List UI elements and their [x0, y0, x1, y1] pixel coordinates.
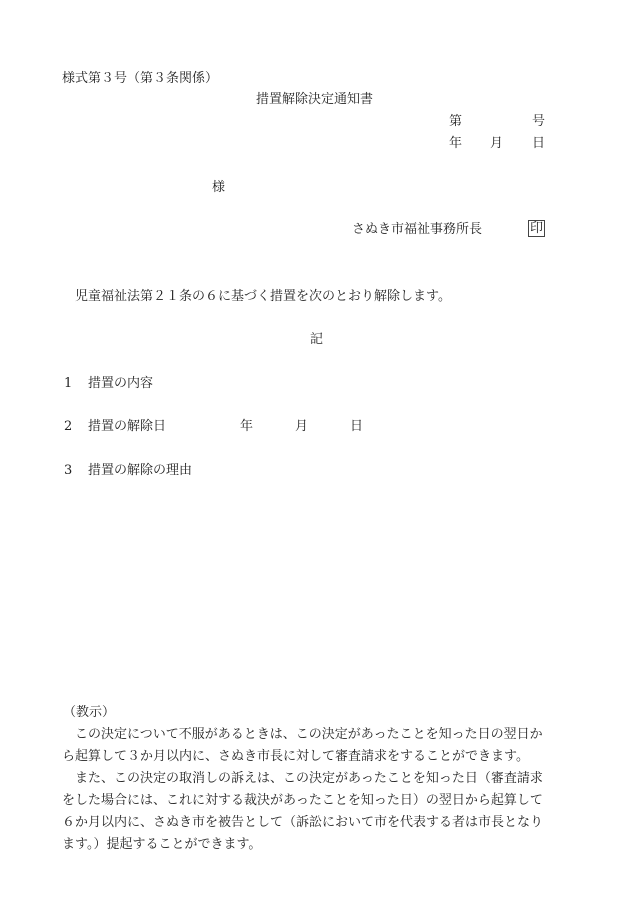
seal-mark: 印 — [528, 220, 545, 237]
item-2-number: 2 — [64, 420, 72, 433]
recipient-suffix: 様 — [212, 181, 225, 194]
document-title: 措置解除決定通知書 — [256, 93, 373, 106]
doc-number-prefix: 第 — [449, 115, 462, 128]
notice-line-4: をした場合には、これに対する裁決があったことを知った日）の翌日から起算して — [62, 794, 543, 807]
notice-line-2: ら起算して３か月以内に、さぬき市長に対して審査請求をすることができます。 — [62, 750, 529, 763]
item-2-label: 措置の解除日 — [88, 420, 166, 433]
notice-line-5: ６か月以内に、さぬき市を被告として（訴訟において市を代表する者は市長となり — [62, 816, 543, 829]
item-3-number: 3 — [64, 464, 72, 477]
item-1-label: 措置の内容 — [88, 377, 153, 390]
issuer-name: さぬき市福祉事務所長 — [352, 223, 482, 236]
item-2-month: 月 — [295, 420, 308, 433]
notice-heading: （教示） — [63, 706, 115, 719]
form-label: 様式第３号（第３条関係） — [62, 72, 218, 85]
item-1-number: 1 — [64, 377, 72, 390]
item-2-day: 日 — [350, 420, 363, 433]
date-month: 月 — [490, 137, 503, 150]
item-3-label: 措置の解除の理由 — [88, 464, 192, 477]
date-year: 年 — [449, 137, 462, 150]
notice-line-6: ます。）提起することができます。 — [62, 838, 261, 851]
ki-heading: 記 — [310, 333, 323, 346]
item-2-year: 年 — [240, 420, 253, 433]
notice-line-3: また、この決定の取消しの訴えは、この決定があったことを知った日（審査請求 — [62, 772, 543, 785]
notice-line-1: この決定について不服があるときは、この決定があったことを知った日の翌日か — [62, 728, 543, 741]
doc-number-suffix: 号 — [532, 115, 545, 128]
body-text: 児童福祉法第２１条の６に基づく措置を次のとおり解除します。 — [75, 290, 451, 303]
date-day: 日 — [532, 137, 545, 150]
seal-icon: 印 — [528, 220, 545, 237]
